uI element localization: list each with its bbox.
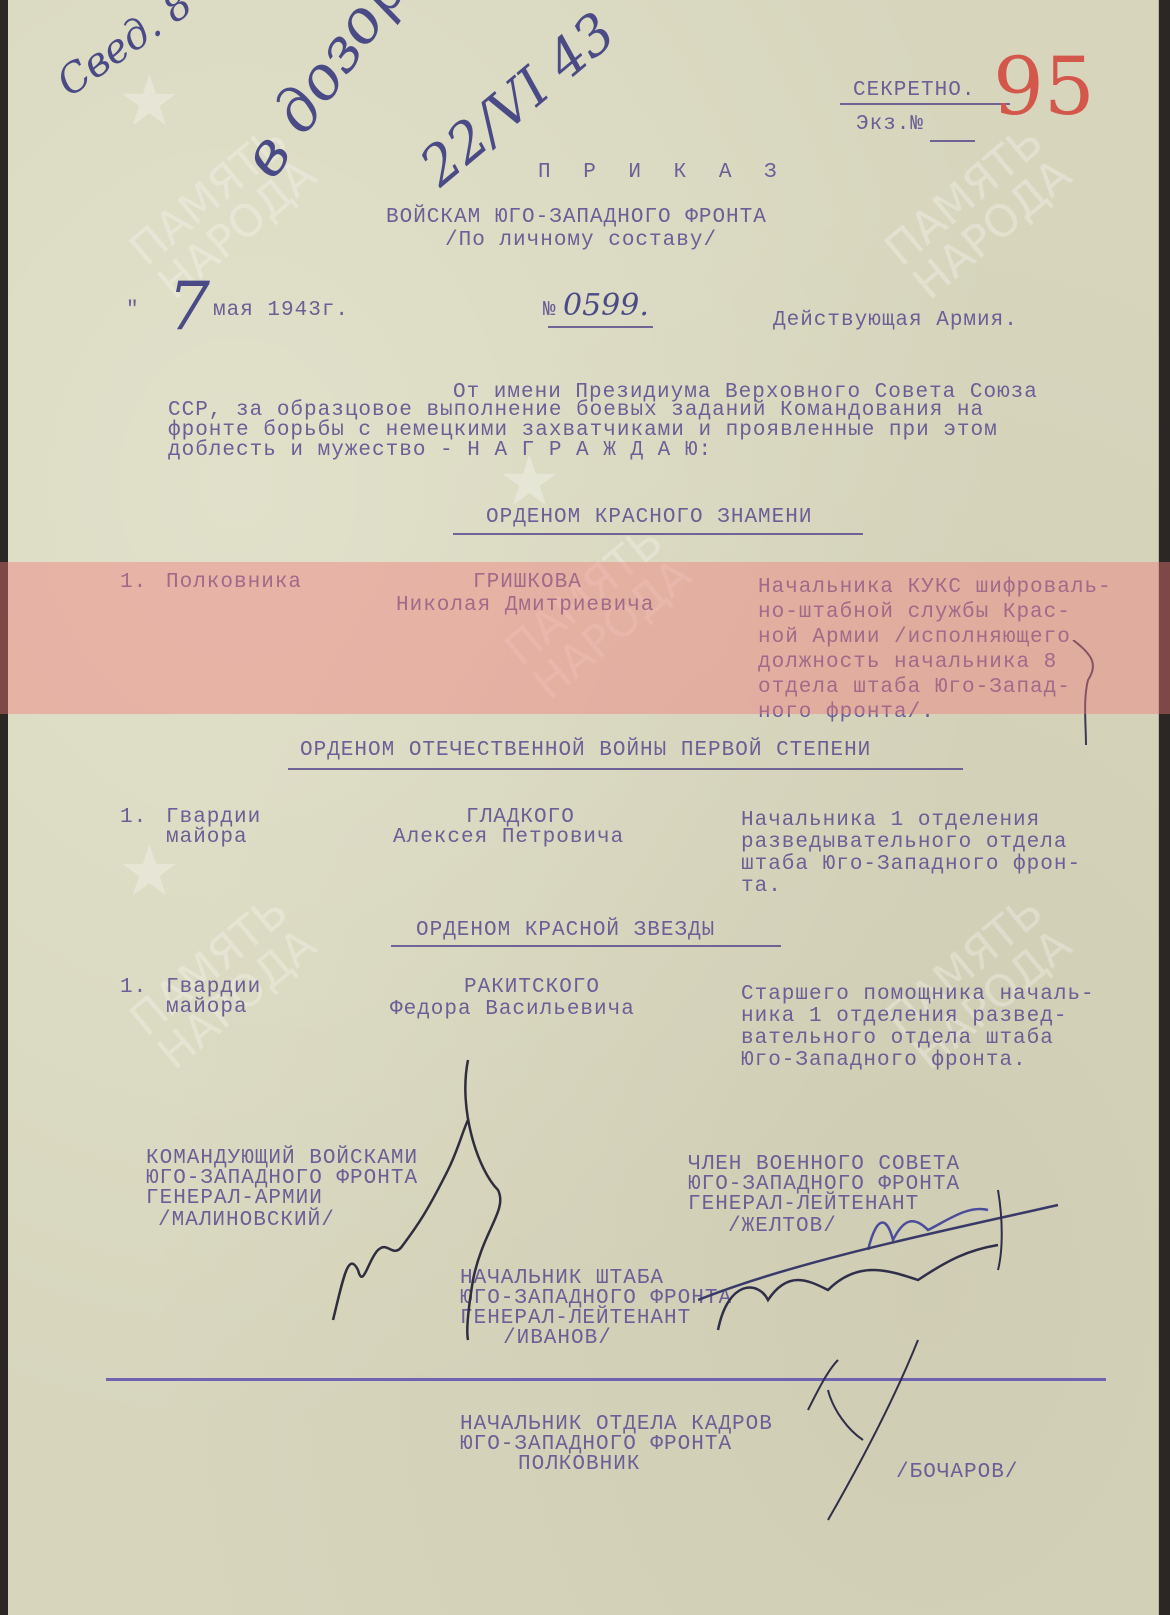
signature-bocharov: [788, 1330, 948, 1530]
divider: [453, 533, 863, 535]
document-subtitle: ВОЙСКАМ ЮГО-ЗАПАДНОГО ФРОНТА: [386, 205, 767, 230]
divider: [548, 326, 653, 328]
entry-position: штаба Юго-Западного фрон-: [741, 852, 1081, 877]
handwritten-note: в дозор: [228, 0, 420, 190]
date-text: мая 1943г.: [213, 298, 349, 323]
signature-line: ПОЛКОВНИК: [518, 1452, 640, 1477]
location: Действующая Армия.: [773, 308, 1018, 333]
date-quote: ": [126, 298, 140, 323]
section-heading: ОРДЕНОМ КРАСНОГО ЗНАМЕНИ: [486, 505, 812, 530]
signature-malinovsky: [308, 1050, 528, 1350]
entry-name: Алексея Петровича: [393, 825, 624, 850]
preamble-line: доблесть и мужество - Н А Г Р А Ж Д А Ю:: [168, 438, 712, 463]
divider: [391, 945, 781, 947]
highlighted-row: [0, 562, 1170, 714]
document-page: ★ ПАМЯТЬ НАРОДА ПАМЯТЬ НАРОДА ПАМЯТЬ НАР…: [8, 0, 1159, 1615]
watermark-star-icon: ★: [118, 60, 181, 142]
archive-number: 95: [993, 40, 1095, 133]
entry-number: 1.: [120, 805, 147, 830]
divider: [288, 768, 963, 770]
document-title: П Р И К А З: [538, 160, 787, 185]
watermark: ПАМЯТЬ НАРОДА: [878, 119, 1079, 308]
copy-label: Экз.№: [856, 112, 924, 137]
order-number-prefix: №: [543, 298, 557, 323]
entry-position: та.: [741, 874, 782, 899]
order-number: 0599.: [563, 288, 649, 323]
date-day: 7: [168, 268, 210, 345]
section-heading: ОРДЕНОМ ОТЕЧЕСТВЕННОЙ ВОЙНЫ ПЕРВОЙ СТЕПЕ…: [300, 738, 871, 763]
document-subtitle: /По личному составу/: [445, 228, 717, 253]
entry-number: 1.: [120, 975, 147, 1000]
entry-rank: майора: [166, 825, 248, 850]
entry-rank: майора: [166, 995, 248, 1020]
classification-stamp: СЕКРЕТНО.: [853, 78, 975, 103]
divider: [930, 140, 975, 142]
section-heading: ОРДЕНОМ КРАСНОЙ ЗВЕЗДЫ: [416, 918, 715, 943]
entry-name: Федора Васильевича: [390, 997, 635, 1022]
entry-position: Юго-Западного фронта.: [741, 1048, 1027, 1073]
divider: [840, 103, 1010, 105]
